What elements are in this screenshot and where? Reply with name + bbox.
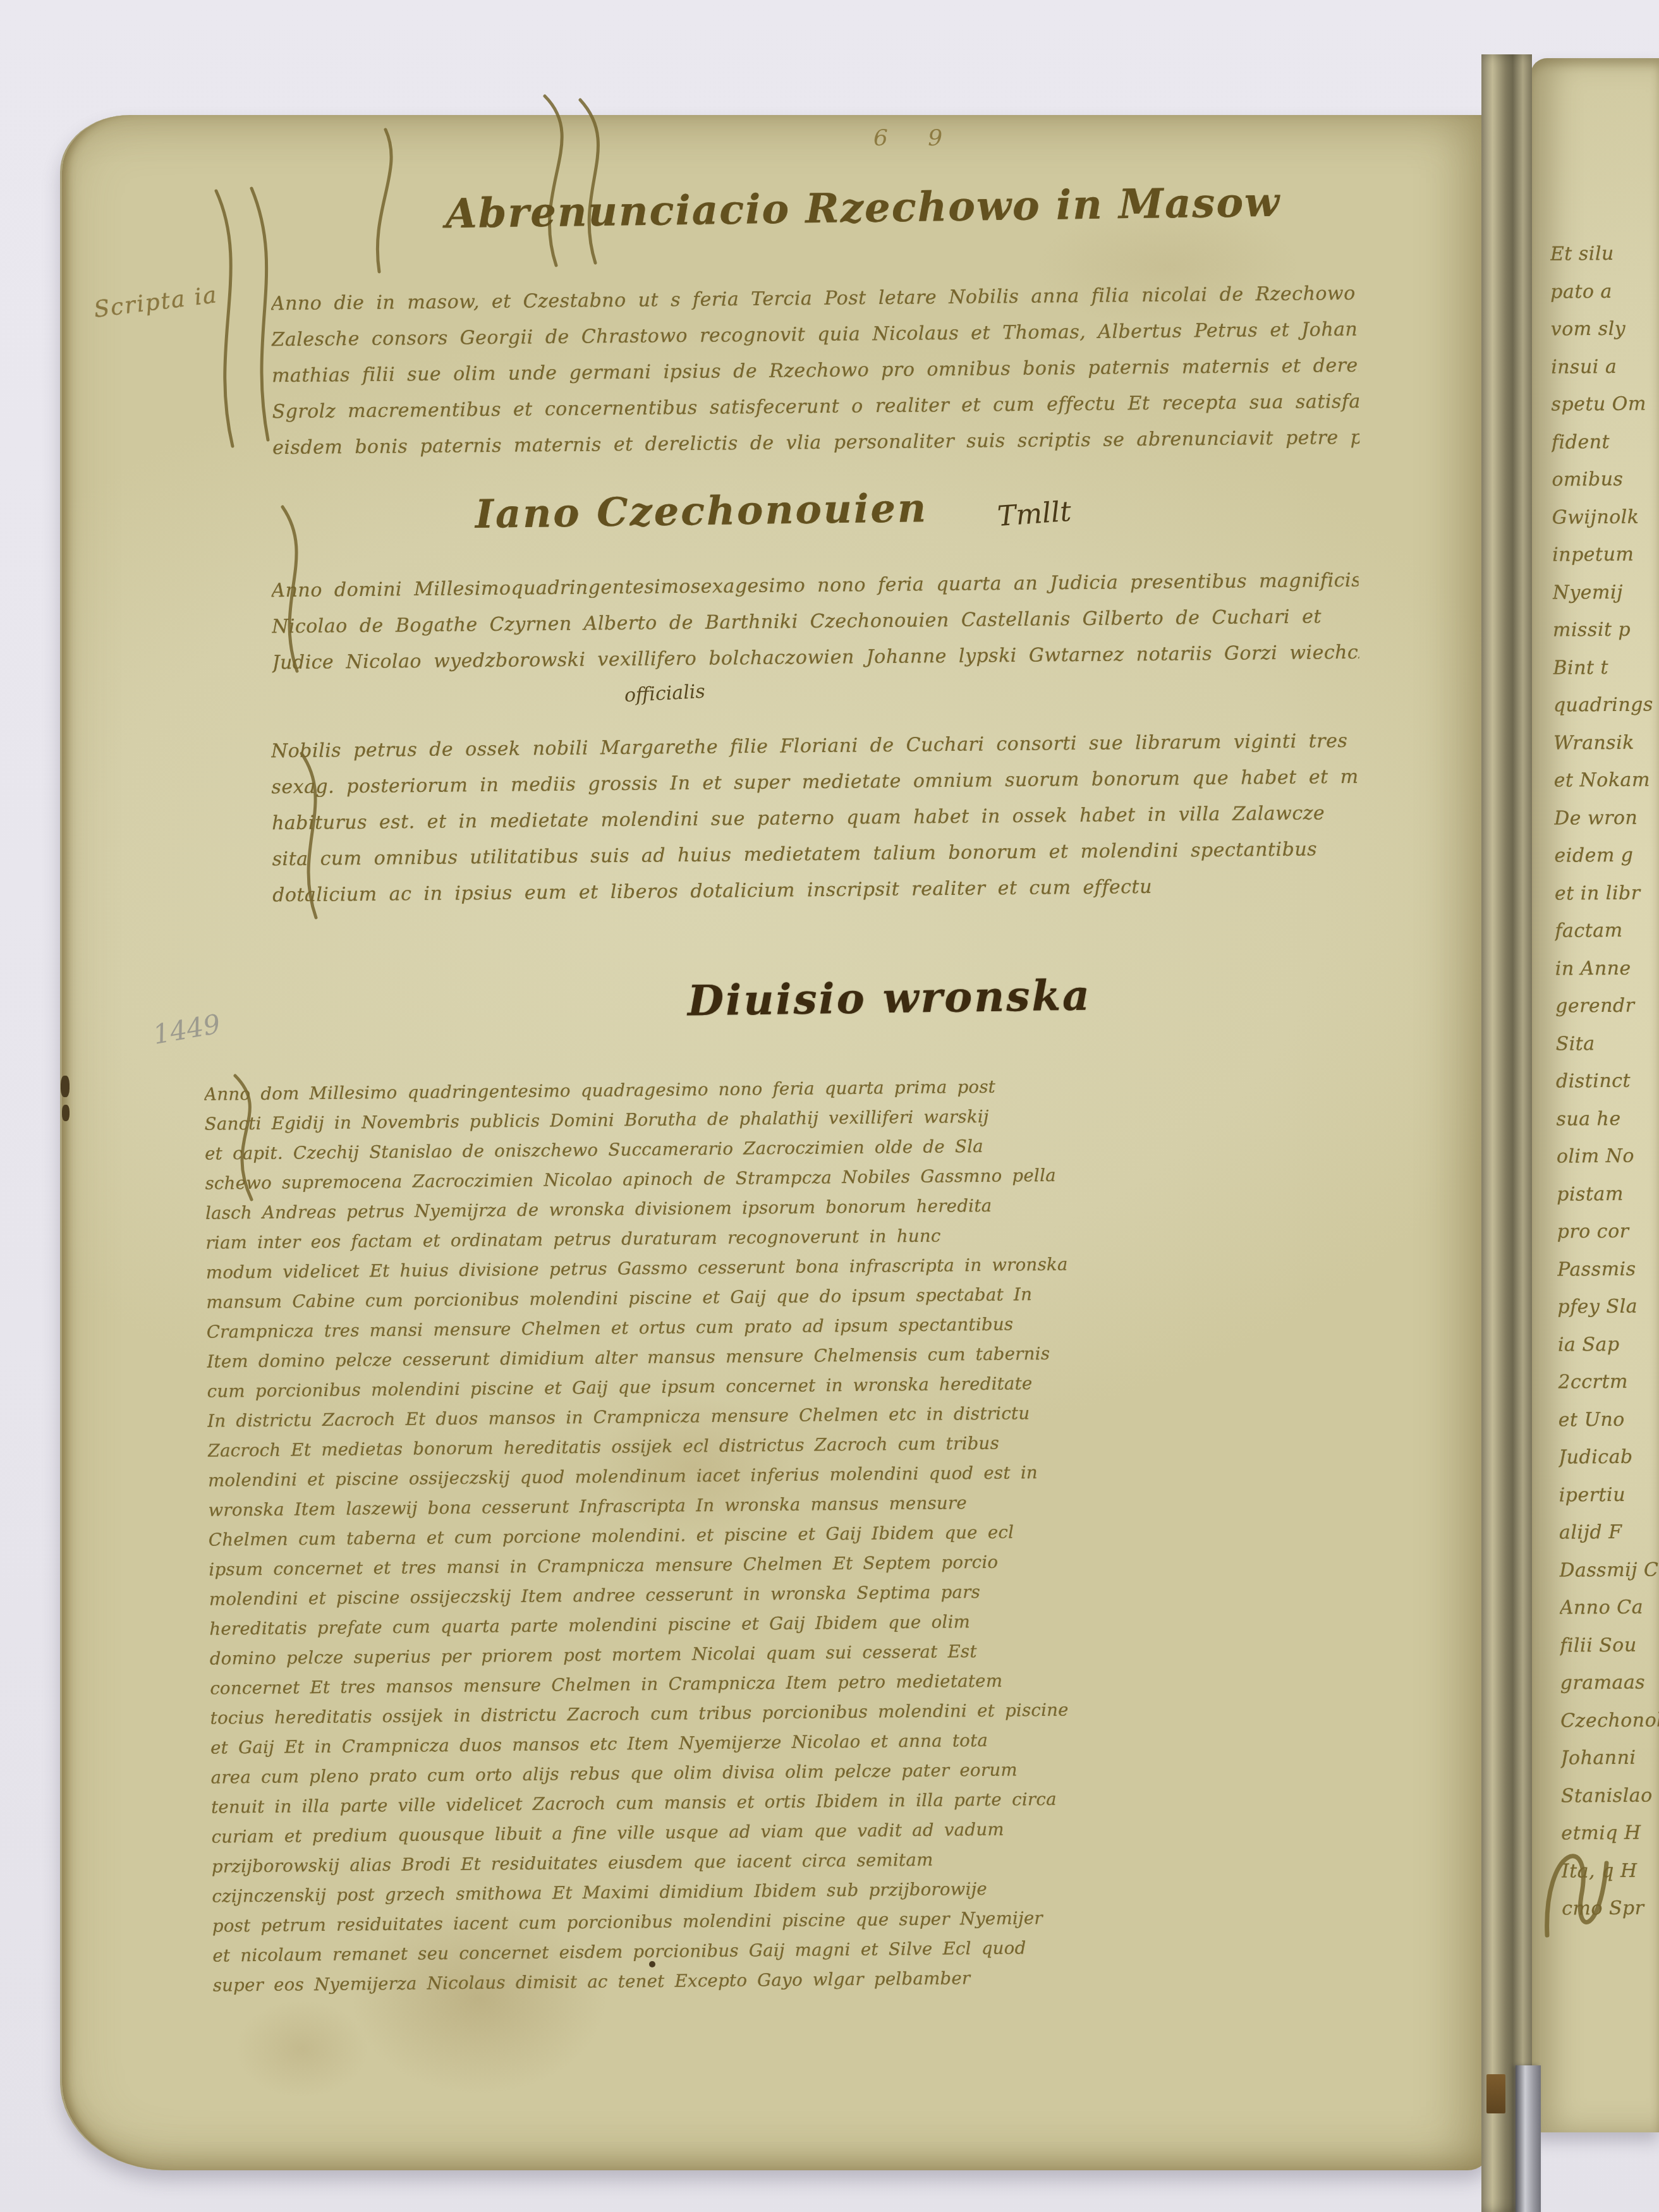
text-line-fragment: Et silu	[1550, 234, 1658, 273]
text-line-fragment: quadrings	[1553, 686, 1659, 724]
text-line-fragment: inpetum	[1552, 535, 1659, 574]
ink-speck	[61, 1076, 70, 1097]
entry-paragraph: Anno domini Millesimoquadringentesimosex…	[271, 562, 1359, 681]
entry-paragraph: Anno die in masow, et Czestabno ut s fer…	[271, 276, 1360, 466]
facing-page-line-fragments: Et silupato avom slyinsui aspetu Omfiden…	[1550, 234, 1659, 1928]
text-line-fragment: et Nokam	[1553, 761, 1659, 799]
text-line-fragment: pato a	[1550, 272, 1658, 311]
text-line-fragment: Anno Ca	[1560, 1588, 1659, 1627]
metal-page-holder	[1516, 2065, 1541, 2212]
text-line-fragment: fident	[1552, 423, 1659, 461]
text-line-fragment: cmo Spr	[1562, 1889, 1659, 1928]
folio-number: 6 9	[873, 125, 959, 151]
text-line-fragment: De wron	[1554, 799, 1659, 837]
text-line-fragment: ia Sap	[1558, 1325, 1659, 1364]
text-line-fragment: in Anne	[1555, 949, 1659, 988]
text-line-fragment: 2ccrtm	[1558, 1363, 1659, 1401]
text-line-fragment: Dassmij C	[1559, 1551, 1659, 1589]
interlinear-word: officialis	[624, 681, 705, 707]
text-line-fragment: Passmis	[1557, 1250, 1659, 1289]
text-line-fragment: omibus	[1552, 460, 1659, 499]
text-line-fragment: alijd F	[1559, 1513, 1659, 1552]
page-gutter-strip	[1481, 54, 1532, 2212]
text-line-fragment: Wransik	[1553, 724, 1659, 762]
text-line-fragment: Czechonok	[1560, 1701, 1659, 1740]
text-line-fragment: Ita, q H	[1562, 1852, 1659, 1890]
text-line-fragment: Sita	[1555, 1024, 1659, 1063]
text-line-fragment: ipertiu	[1559, 1476, 1659, 1514]
text-line-fragment: gramaas	[1560, 1663, 1659, 1702]
text-line-fragment: sua he	[1556, 1100, 1659, 1138]
text-line-fragment: filii Sou	[1560, 1626, 1659, 1665]
text-line-fragment: Nyemij	[1552, 573, 1659, 612]
wood-tab	[1486, 2074, 1505, 2113]
text-line-fragment: distinct	[1556, 1062, 1659, 1100]
text-line-fragment: etmiq H	[1561, 1814, 1659, 1852]
text-line-fragment: factam	[1555, 911, 1659, 950]
text-line-fragment: et Uno	[1559, 1401, 1659, 1439]
entry-heading-divisio-wronska: Diuisio wronska	[687, 971, 1091, 1026]
text-line-fragment: olim No	[1557, 1137, 1659, 1176]
text-line-fragment: et in libr	[1555, 874, 1659, 913]
text-line-fragment: missit p	[1553, 611, 1659, 649]
text-line-fragment: spetu Om	[1551, 385, 1658, 423]
text-line-fragment: pistam	[1557, 1175, 1659, 1213]
text-line-fragment: vom sly	[1550, 310, 1658, 348]
marginal-mark: Tmllt	[996, 495, 1072, 533]
entry-paragraph: Nobilis petrus de ossek nobili Margareth…	[271, 723, 1360, 913]
text-line-fragment: pfey Sla	[1557, 1287, 1659, 1326]
entry-heading-czechonouien: Iano Czechonouien	[475, 485, 928, 537]
text-line-fragment: Stanislao	[1561, 1777, 1659, 1815]
ink-speck	[62, 1105, 70, 1121]
text-line-fragment: eidem g	[1554, 836, 1659, 875]
text-line-fragment: Judicab	[1559, 1438, 1659, 1476]
manuscript-photograph: Scripta ia 6 9 Abrenunciacio Rzechowo in…	[0, 0, 1659, 2212]
text-line-fragment: gerendr	[1555, 987, 1659, 1025]
text-line-fragment: pro cor	[1557, 1212, 1659, 1251]
entry-paragraph: Anno dom Millesimo quadringentesimo quad…	[204, 1069, 1360, 2000]
text-line-fragment: Bint t	[1553, 648, 1659, 687]
text-line-fragment: Gwijnolk	[1552, 498, 1659, 537]
text-line-fragment: insui a	[1551, 348, 1658, 386]
text-line-fragment: Johanni	[1560, 1739, 1659, 1777]
